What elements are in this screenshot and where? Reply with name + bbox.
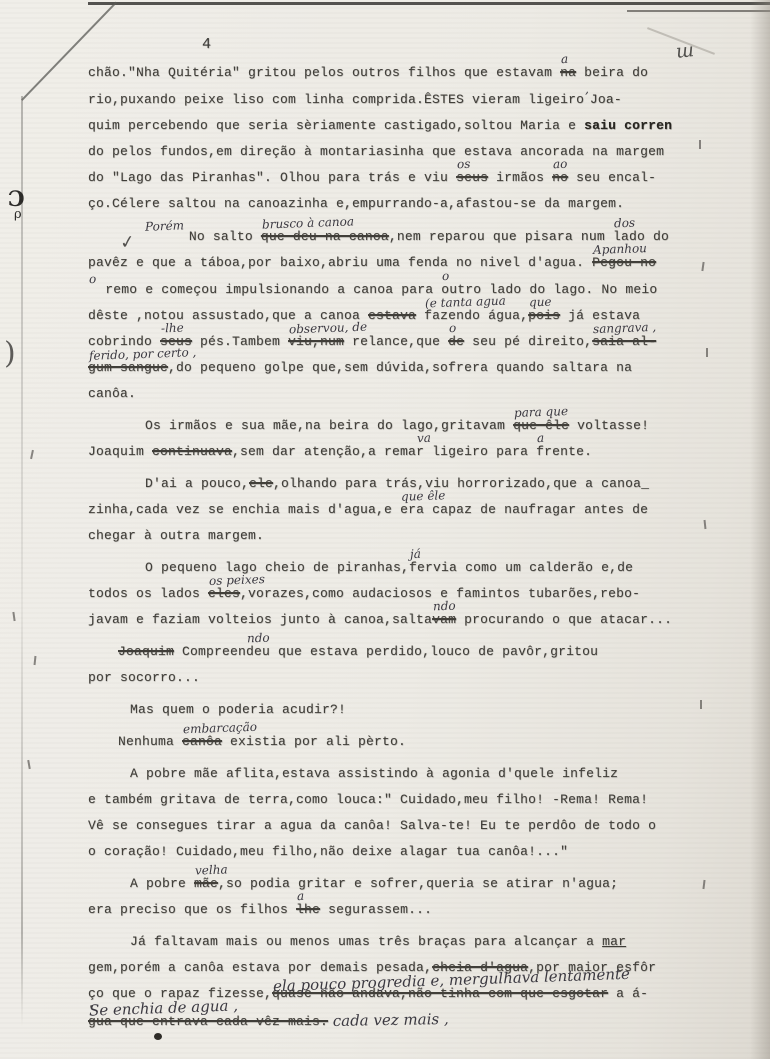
typewritten-text-block: chão."Nha Quitéria" gritou pelos outros … [88,60,700,1035]
text-line: Mas quem o poderia acudir?! [88,697,700,723]
margin-blob-small-mark: ρ [14,207,22,222]
text-line: O pequeno lago cheio de piranhas,ferviaj… [88,555,700,581]
typed-text: ligeiro para [432,444,536,459]
right-edge-tick [701,262,704,271]
correction-group: poisque [528,303,560,329]
struck-text: Joaquim [118,644,174,659]
text-line: quim percebendo que seria sèriamente cas… [88,113,700,139]
hand-annotation: já [410,541,422,567]
correction-group: elesos peixes [208,581,240,607]
hand-annotation: ndo [433,593,457,620]
correction-group: deo [448,329,464,355]
hand-annotation: velha [195,856,228,883]
typed-text: No salto [189,229,261,244]
text-line: do pelos fundos,em direção à montariasin… [88,139,700,165]
typed-text: ,sem dar atenção,a rema [232,444,416,459]
underlined-text: mar [602,934,626,949]
typed-text: Joaquim [88,444,152,459]
text-line: Joaquim Compreendeundo que estava perdid… [88,639,700,665]
hand-annotation: observou, de [289,314,368,343]
typed-text: ,olhando para trás,viu horrorizado,que a… [273,476,649,491]
hand-annotation: -lhe [161,315,185,342]
left-edge-crease [21,96,23,1026]
typed-text: Compreen [174,644,246,659]
correction-group: lhea [296,897,320,923]
typed-text: o coração! Cuidado,meu filho,não deixe a… [88,844,568,859]
text-line: o remo e começou impulsionando a canoa p… [88,276,700,303]
typed-text: e também gritava de terra,como louca:" C… [88,792,648,807]
scan-top-edge-line-right [627,10,770,12]
typed-text [416,308,424,323]
typed-text: quim percebendo que seria sèriamente cas… [88,118,584,133]
text-line: e também gritava de terra,como louca:" C… [88,787,700,813]
text-line: javam e faziam volteios junto à canoa,sa… [88,607,700,633]
text-line: chão."Nha Quitéria" gritou pelos outros … [88,60,700,86]
correction-group: que deu na canoabrusco à canoa [261,224,389,250]
typed-text: O pequeno lago cheio de piranhas, [145,560,409,575]
hand-annotation: o [442,263,450,289]
typed-text: ,do pequeno golpe que,sem dúvida,sofrera… [168,360,632,375]
correction-group: quase não andava,não tinha com que esgot… [272,981,608,1007]
text-line: Já faltavam mais ou menos umas três braç… [88,929,700,955]
text-line: por socorro... [88,665,700,691]
correction-group: Pegou noApanhou [592,250,656,276]
typed-text: que estava perdido,louco de pavôr,gritou [270,644,598,659]
correction-group: ferviajá [409,555,457,581]
typed-text-bold: saiu corren [584,118,672,133]
typed-text: Os irmãos e sua mãe,na beira do lago,gri… [145,418,513,433]
correction-group: deundo [246,639,270,665]
correction-group: canôaembarcação [182,729,222,755]
typed-text: capaz de naufragar antes de [424,502,648,517]
typed-text: irmãos [488,170,552,185]
typed-text: A pobre mãe aflita,estava assistindo à a… [130,766,618,781]
hand-annotation: Porém [145,212,189,239]
hand-annotation: brusco à canoa [261,208,354,237]
right-edge-tick [702,880,705,889]
text-line: Nenhuma canôaembarcação existia por ali … [88,729,700,755]
hand-annotation: sangrava , [593,314,657,342]
hand-annotation: os [457,151,471,177]
typed-text: ,nem reparou que pisara num [389,229,613,244]
text-line: Joaquim continuava,sem dar atenção,a rem… [88,439,700,465]
typed-text: era preciso que os filhos [88,902,296,917]
correction-group: naa [560,60,576,86]
correction-group: gum sangueferido, por certo , [88,355,168,381]
typed-text: pés.Tambem [192,334,288,349]
typed-text: como um calderão e,de [457,560,633,575]
correction-group: saia al-sangrava , [592,329,656,355]
typed-text: frente. [536,444,592,459]
hand-annotation: Apanhou [593,235,648,263]
typed-text: do [645,229,669,244]
text-line: Os irmãos e sua mãe,na beira do lago,gri… [88,413,700,439]
text-line: gua que entrava cada vêz mais.Se enchia … [88,1007,700,1035]
hand-annotation: a [297,883,305,909]
correction-group: gua que entrava cada vêz mais.Se enchia … [88,1009,328,1035]
struck-text: ele [249,476,273,491]
typed-text: Nenhuma [118,734,182,749]
scan-top-edge-line [88,2,770,5]
correction-group: frente.a [536,439,592,465]
typed-text: Vê se consegues tirar a agua da canôa! S… [88,818,656,833]
hand-annotation: para que [514,398,569,426]
typed-text: voltasse! [569,418,649,433]
text-line: era preciso que os filhos lhea segurasse… [88,897,700,923]
typed-text: ço.Célere saltou na canoazinha e,empurra… [88,196,624,211]
typed-text: por socorro... [88,670,200,685]
typed-text: D'ai a pouco, [145,476,249,491]
page-number: 4 [202,36,211,53]
typed-text: seu pé direito, [464,334,592,349]
typed-text: segurassem... [320,902,432,917]
hand-annotation: (e tanta agua [425,288,507,317]
left-edge-tick [27,760,31,769]
hand-annotation: ao [553,151,568,177]
typed-text: remo e começou impulsionando a canoa par… [97,282,441,297]
struck-text: estava [368,308,416,323]
margin-paren-mark: ) [4,336,16,371]
typed-text: pavêz e que a táboa,por baixo,abriu uma … [88,255,592,270]
text-line: o coração! Cuidado,meu filho,não deixe a… [88,839,700,865]
hand-annotation: a [561,46,569,72]
hand-annotation: que [529,289,552,316]
typed-text: Já faltavam mais ou menos umas três braç… [130,934,602,949]
correction-group: r va [416,439,432,465]
text-line: rio,puxando peixe liso com linha comprid… [88,86,700,113]
hand-annotation: que êle [401,482,446,510]
right-edge-tick [704,520,707,529]
typed-text: Joa- [590,92,622,107]
hand-annotation: va [417,425,432,451]
typed-text: a á- [608,986,648,1001]
text-line: A pobre mãe aflita,estava assistindo à a… [88,761,700,787]
hand-annotation: cada vez mais , [328,1006,449,1034]
hand-annotation: ferido, por certo , [89,339,197,369]
hand-annotation: dos [613,210,635,237]
hand-annotation: Se enchia de agua , [89,992,239,1023]
right-edge-tick [700,700,702,709]
correction-group: viu,numobservou, de [288,329,344,355]
text-line: do "Lago das Piranhas". Olhou para trás … [88,165,700,191]
typed-text: A pobre [130,876,194,891]
typed-text: todos os lados [88,586,208,601]
left-edge-tick [30,450,34,459]
text-line: gum sangueferido, por certo ,,do pequeno… [88,355,700,381]
typed-text: chão."Nha Quitéria" gritou pelos outros … [88,65,560,80]
text-line: chegar à outra margem. [88,523,700,549]
text-line: todos os lados elesos peixes,vorazes,com… [88,581,700,607]
scanned-manuscript-page: ш Ɔ ρ ) ✓ 4 chão."Nha Quitéria" gritou p… [0,0,770,1059]
text-line: A pobre mãevelha,so podia gritar e sofre… [88,871,700,897]
typed-text: canôa. [88,386,136,401]
correction-group: seusos [456,165,488,191]
typed-text: rio,puxando peixe liso com linha comprid… [88,92,584,107]
correction-group: mãevelha [194,871,218,897]
typed-text: chegar à outra margem. [88,528,264,543]
typed-text: do pelos fundos,em direção à montariasin… [88,144,664,159]
typed-text: procurando o que atacar... [456,612,672,627]
correction-group: fazendo água,(e tanta agua [424,303,528,329]
text-line: pavêz e que a táboa,por baixo,abriu uma … [88,250,700,276]
typed-text: seu encal- [568,170,656,185]
scan-right-shadow [750,0,770,1059]
hand-annotation: o [89,266,97,292]
left-edge-tick [34,656,37,665]
typed-text: zinha,cada vez se enchia mais d'agua,e [88,502,400,517]
typed-text: lado do lago. No meio [481,282,657,297]
hand-annotation: o [449,315,457,341]
right-edge-tick [706,348,708,357]
left-edge-tick [12,612,15,621]
typed-text: ,so podia gritar e sofrer,queria se atir… [218,876,618,891]
hand-annotation: a [537,425,545,451]
hand-annotation: embarcação [183,714,258,743]
text-line: Vê se consegues tirar a agua da canôa! S… [88,813,700,839]
text-line: D'ai a pouco,ele,olhando para trás,viu h… [88,471,700,497]
text-line: canôa. [88,381,700,407]
correction-group: noao [552,165,568,191]
text-line: zinha,cada vez se enchia mais d'agua,e e… [88,497,700,523]
correction-group: vamndo [432,607,456,633]
typed-text: do "Lago das Piranhas". Olhou para trás … [88,170,456,185]
struck-text: continuava [152,444,232,459]
hand-annotation: ndo [247,625,271,652]
correction-group: eraque êle [400,497,424,523]
hand-annotation: os peixes [209,566,266,594]
